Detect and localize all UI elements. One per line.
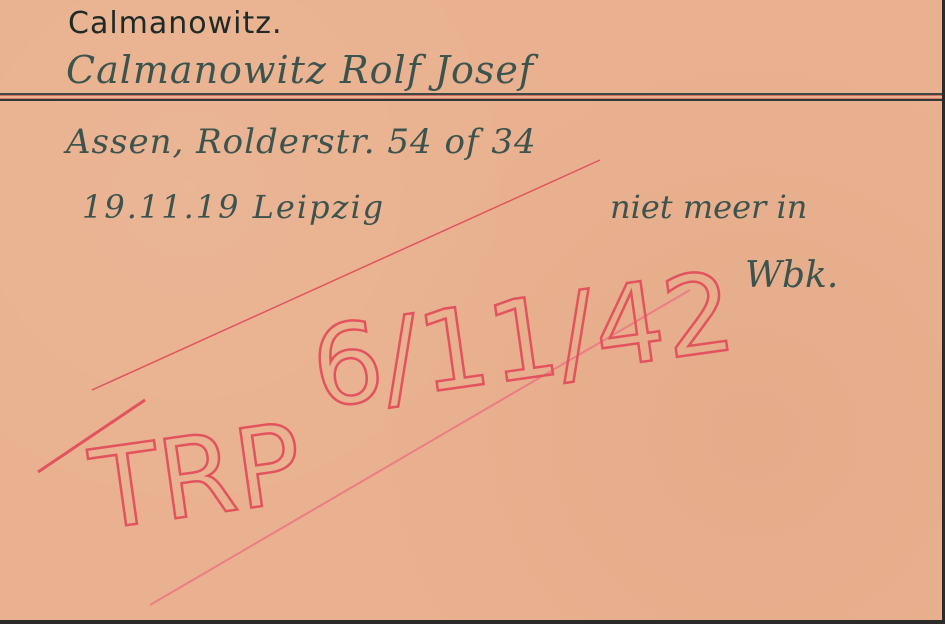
red-date: 6/11/42 xyxy=(304,247,742,433)
archive-card: Calmanowitz. Calmanowitz Rolf Josef Asse… xyxy=(0,0,942,620)
red-pencil-annotation: TRP 6/11/42 xyxy=(0,0,942,620)
